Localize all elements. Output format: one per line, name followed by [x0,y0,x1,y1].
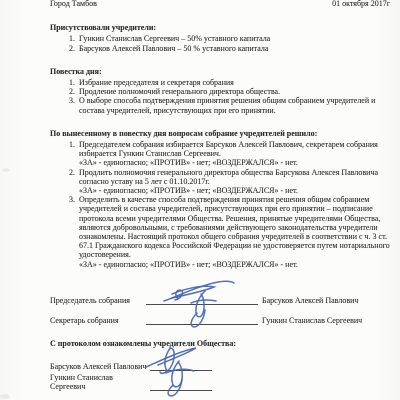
secretary-name: Гункин Станислав Сергеевич [258,316,400,325]
resolutions-list: Председателем собрания избирается Барсук… [50,140,390,269]
resolution-item: Определить в качестве способа подтвержде… [77,195,390,269]
attendees-list: Гункин Станислав Сергеевич – 50% уставно… [50,34,390,52]
acknowledgement-row: Барсуков Алексей Павлович [50,351,390,371]
acknowledgement-heading: С протоколом ознакомлены учредители Обще… [50,339,390,348]
founder-signature-line [150,389,212,391]
secretary-signature-line [146,323,258,325]
chairman-name: Барсуков Алексей Павлович [258,296,400,305]
agenda-heading: Повестка дня: [50,67,390,76]
scanned-protocol-document: Город Тамбов 01 октября 2017г Присутство… [0,0,400,400]
resolution-item: Председателем собрания избирается Барсук… [77,140,390,168]
attendee-item: Барсуков Алексей Павлович – 50 % уставно… [77,44,390,53]
resolution-vote: «ЗА» - единогласно; «ПРОТИВ» - нет; «ВОЗ… [79,158,390,167]
secretary-label: Секретарь собрания [50,316,146,325]
scan-artifact [0,394,10,399]
chairman-signature-row: Председатель собрания Барсуков Алексей П… [50,285,390,305]
acknowledgement-block: С протоколом ознакомлены учредители Обще… [50,339,390,391]
resolution-text: Председателем собрания избирается Барсук… [79,140,390,158]
agenda-item: О выборе способа подтверждения принятия … [77,96,390,114]
secretary-signature-row: Секретарь собрания Гункин Станислав Серг… [50,305,390,325]
founder-name: Гункин Станислав Сергеевич [50,373,150,391]
header-city: Город Тамбов [50,0,97,8]
agenda-list: Избрание председателя и секретаря собран… [50,78,390,115]
resolution-text: Определить в качестве способа подтвержде… [79,195,390,259]
resolution-text: Продлить полномочия генерального директо… [79,168,390,186]
header-date: 01 октября 2017г [332,0,390,8]
resolution-item: Продлить полномочия генерального директо… [77,168,390,196]
attendees-heading: Присутствовали учредители: [50,23,390,32]
founder-name: Барсуков Алексей Павлович [50,362,150,371]
acknowledgement-row: Гункин Станислав Сергеевич [50,371,390,391]
attendee-item: Гункин Станислав Сергеевич – 50% уставно… [77,34,390,43]
scan-artifact [2,168,10,172]
resolutions-heading: По вынесенному в повестку дня вопросам с… [50,129,390,138]
chairman-label: Председатель собрания [50,296,146,305]
resolution-vote: «ЗА» - единогласно; «ПРОТИВ» - нет; «ВОЗ… [79,186,390,195]
agenda-item: Избрание председателя и секретаря собран… [77,78,390,87]
resolution-vote: «ЗА» - единогласно; «ПРОТИВ» - нет; «ВОЗ… [79,260,390,269]
document-header: Город Тамбов 01 октября 2017г [50,0,390,8]
chairman-signature-ink [160,279,236,305]
signature-block: Председатель собрания Барсуков Алексей П… [50,285,390,325]
agenda-item: Продление полномочий генерального директ… [77,87,390,96]
